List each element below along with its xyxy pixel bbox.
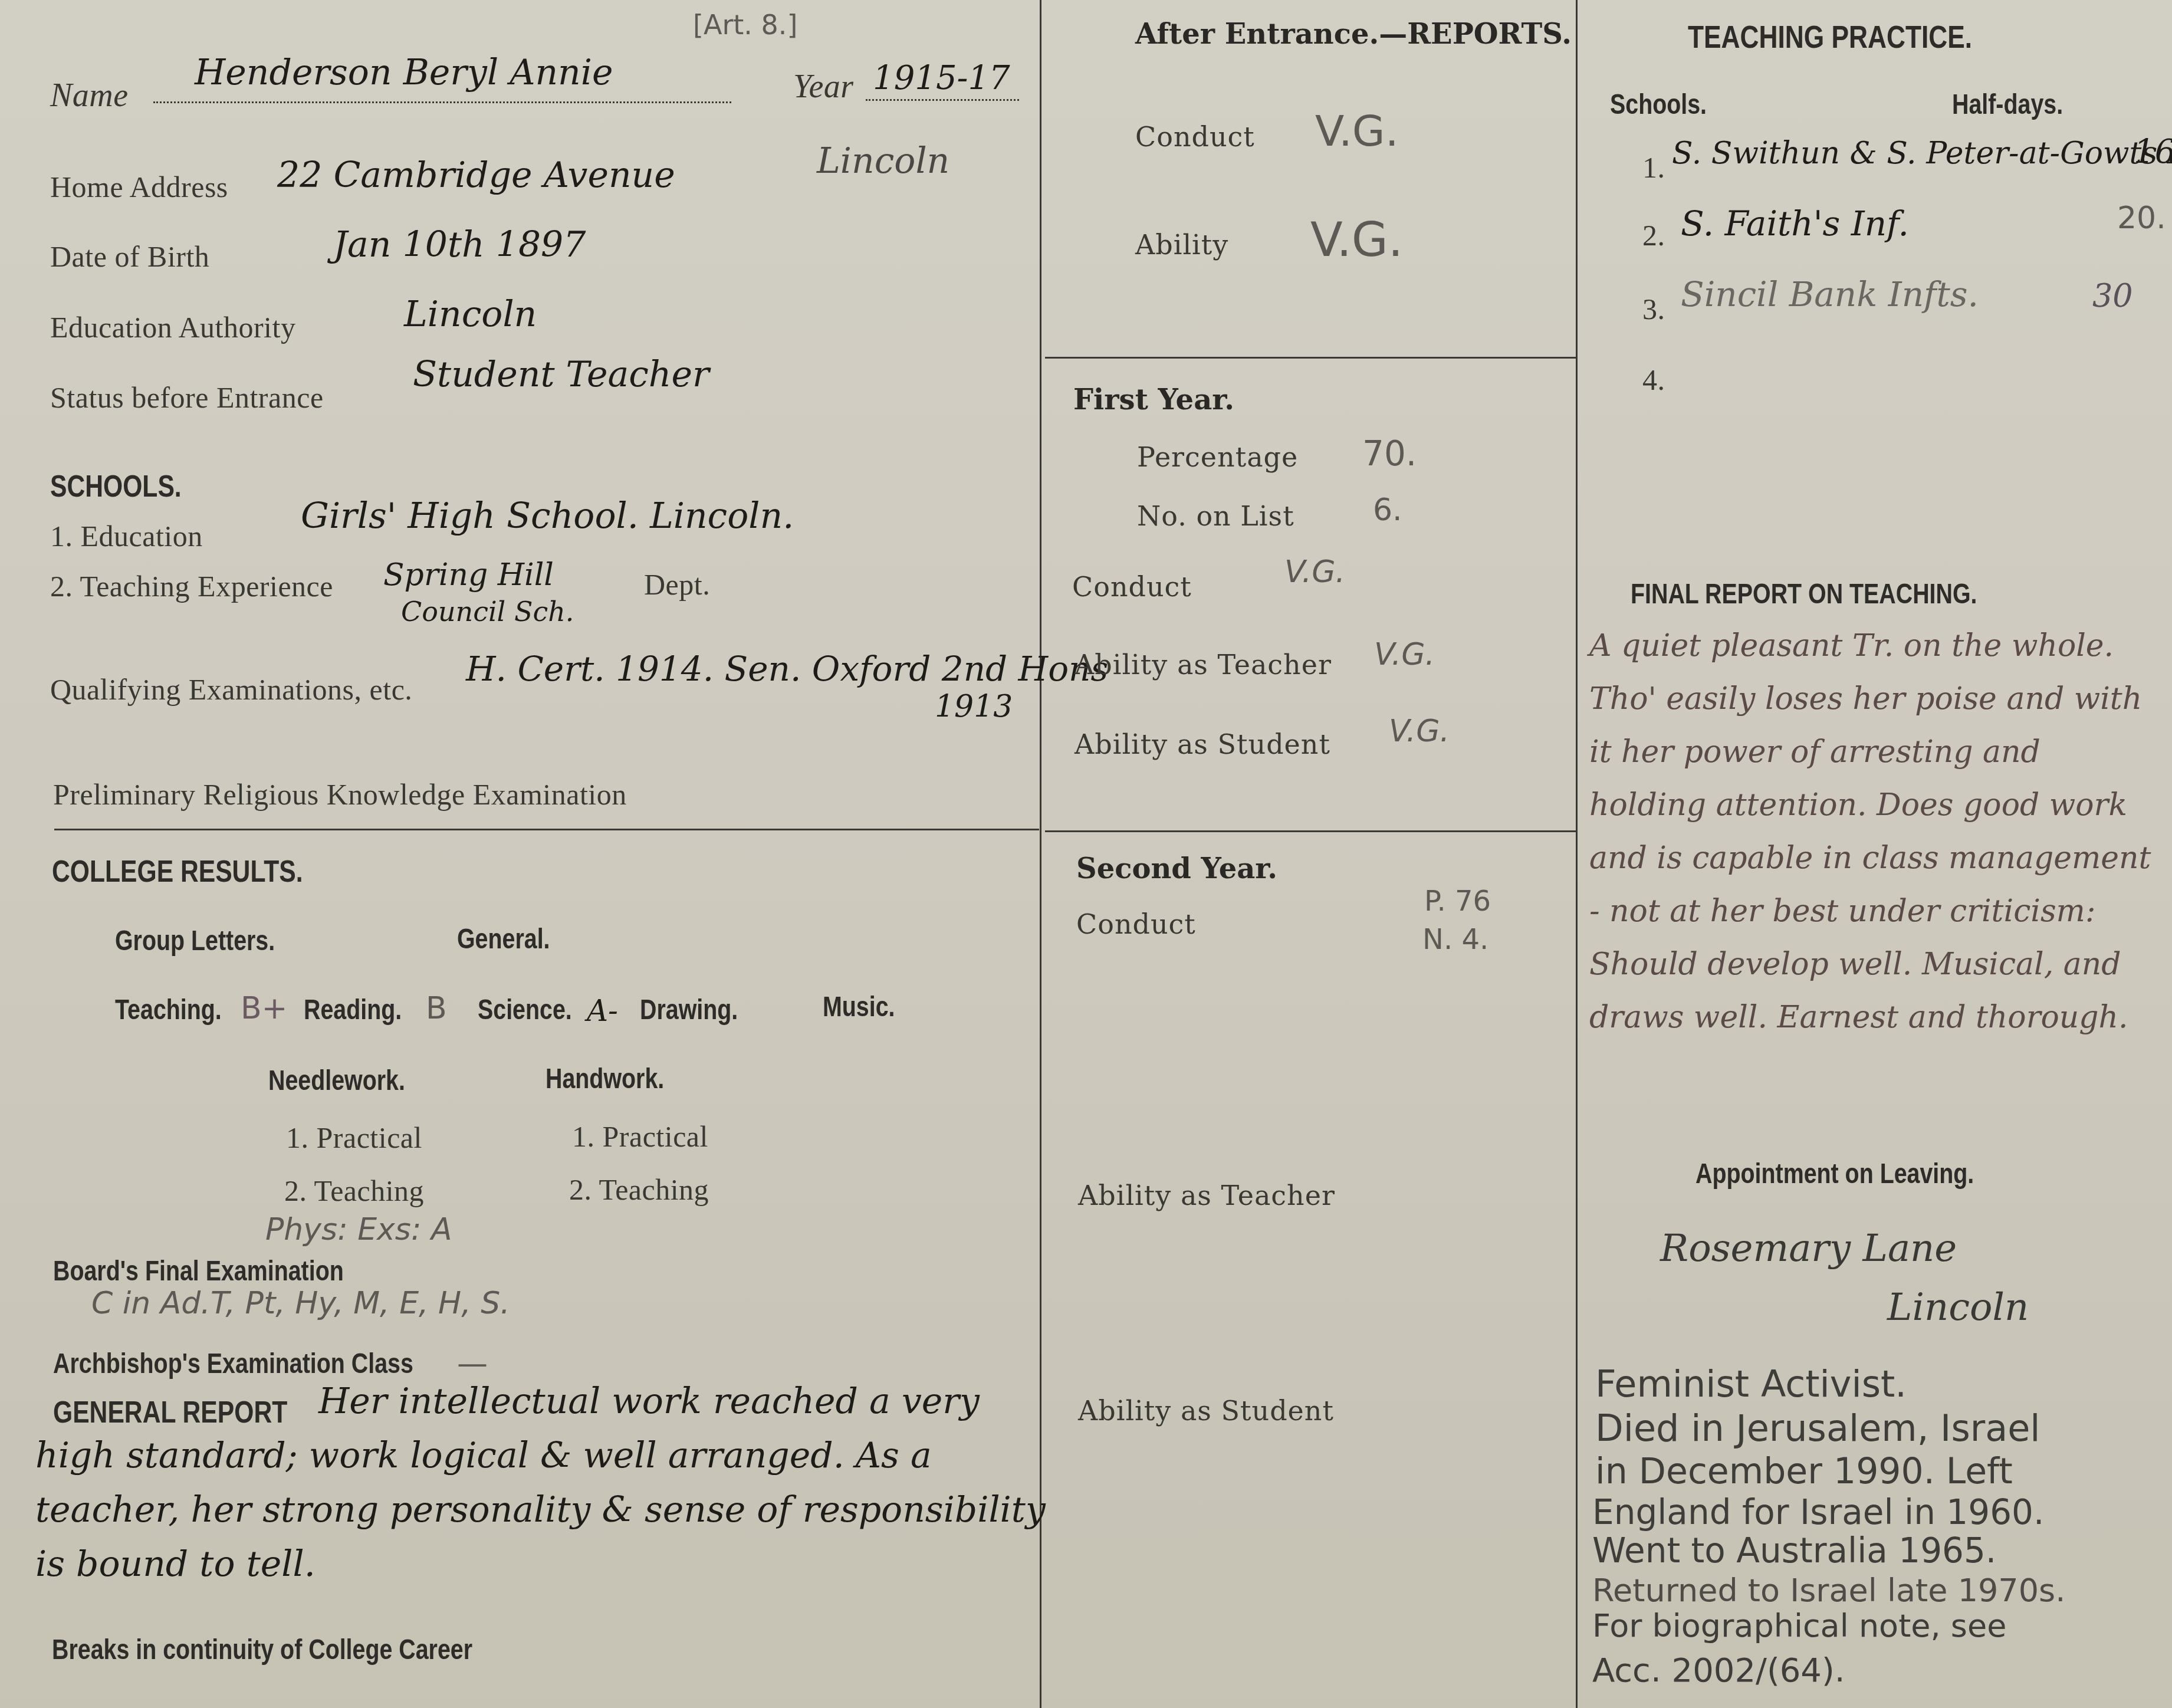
qualifying-value: H. Cert. 1914. Sen. Oxford 2nd Hons bbox=[466, 649, 1108, 689]
fy-conduct-label: Conduct bbox=[1072, 571, 1192, 603]
college-results-heading: COLLEGE RESULTS. bbox=[52, 854, 303, 889]
tp-row-3-days: 30 bbox=[2092, 277, 2133, 314]
schools-heading: SCHOOLS. bbox=[50, 469, 182, 504]
schools-column-label: Schools. bbox=[1610, 88, 1707, 121]
breaks-label: Breaks in continuity of College Career bbox=[52, 1634, 472, 1666]
teaching-grade-label: Teaching. bbox=[115, 994, 222, 1026]
percentage-value: 70. bbox=[1362, 433, 1417, 474]
tp-row-3-school: Sincil Bank Infts. bbox=[1681, 274, 1979, 314]
section-divider-reports-1 bbox=[1045, 357, 1576, 359]
percentage-label: Percentage bbox=[1137, 441, 1298, 473]
tp-row-4-num: 4. bbox=[1642, 363, 1665, 397]
drawing-label: Drawing. bbox=[640, 994, 738, 1026]
final-report-heading: FINAL REPORT ON TEACHING. bbox=[1631, 578, 1977, 610]
teaching-practice-heading: TEACHING PRACTICE. bbox=[1688, 19, 1972, 55]
sy-n-value: N. 4. bbox=[1422, 923, 1488, 956]
fy-student-label: Ability as Student bbox=[1075, 728, 1330, 760]
dob-label: Date of Birth bbox=[50, 239, 209, 274]
column-divider-2 bbox=[1576, 0, 1578, 1708]
qualifying-label: Qualifying Examinations, etc. bbox=[50, 672, 412, 707]
boards-final-value: C in Ad.T, Pt, Hy, M, E, H, S. bbox=[91, 1286, 510, 1321]
handwork-practical: 1. Practical bbox=[572, 1119, 708, 1154]
home-address-city: Lincoln bbox=[817, 140, 949, 182]
entrance-conduct-value: V.G. bbox=[1315, 106, 1399, 156]
teaching-experience-value-1: Spring Hill bbox=[383, 557, 554, 593]
tp-row-1-school: S. Swithun & S. Peter-at-Gowts Inf bbox=[1672, 136, 2172, 171]
qualifying-year: 1913 bbox=[935, 689, 1013, 724]
reading-grade: B bbox=[426, 991, 447, 1026]
archive-reference: [Art. 8.] bbox=[693, 9, 797, 41]
dept-label: Dept. bbox=[644, 567, 710, 602]
sy-p-value: P. 76 bbox=[1424, 885, 1491, 918]
later-note-line-2: Died in Jerusalem, Israel bbox=[1595, 1407, 2040, 1450]
home-address-value: 22 Cambridge Avenue bbox=[277, 155, 675, 196]
sy-teacher-label: Ability as Teacher bbox=[1078, 1180, 1335, 1211]
entrance-ability-value: V.G. bbox=[1310, 212, 1403, 267]
later-note-line-3: in December 1990. Left bbox=[1595, 1451, 2013, 1492]
tp-row-1-num: 1. bbox=[1642, 150, 1665, 185]
final-report-text: A quiet pleasant Tr. on the whole. Tho' … bbox=[1589, 619, 2161, 1044]
section-divider-reports-2 bbox=[1045, 830, 1576, 832]
education-label: 1. Education bbox=[50, 519, 203, 553]
general-label: General. bbox=[457, 923, 550, 955]
group-letters-label: Group Letters. bbox=[115, 925, 275, 957]
needlework-teaching: 2. Teaching bbox=[284, 1174, 424, 1208]
entrance-ability-label: Ability bbox=[1135, 229, 1228, 261]
no-on-list-label: No. on List bbox=[1137, 500, 1294, 532]
tp-row-3-num: 3. bbox=[1642, 292, 1665, 326]
education-authority-value: Lincoln bbox=[404, 294, 537, 335]
later-note-line-1: Feminist Activist. bbox=[1595, 1362, 1907, 1405]
music-label: Music. bbox=[823, 991, 895, 1023]
teaching-experience-label: 2. Teaching Experience bbox=[50, 569, 333, 603]
general-report-text: Her intellectual work reached a very hig… bbox=[35, 1374, 1050, 1591]
fy-student-value: V.G. bbox=[1389, 714, 1450, 749]
student-record-card: [Art. 8.] Name Henderson Beryl Annie Yea… bbox=[0, 0, 2172, 1708]
later-note-line-4: England for Israel in 1960. bbox=[1592, 1492, 2044, 1532]
science-grade: A- bbox=[587, 994, 618, 1028]
year-value: 1915-17 bbox=[873, 59, 1010, 97]
second-year-heading: Second Year. bbox=[1076, 852, 1277, 885]
tp-row-2-num: 2. bbox=[1642, 218, 1665, 252]
later-note-line-8: Acc. 2002/(64). bbox=[1592, 1651, 1845, 1690]
entrance-conduct-label: Conduct bbox=[1135, 121, 1255, 153]
later-note-line-7: For biographical note, see bbox=[1592, 1607, 2006, 1644]
reports-heading: After Entrance.—REPORTS. bbox=[1135, 18, 1572, 51]
later-note-line-6: Returned to Israel late 1970s. bbox=[1592, 1572, 2065, 1609]
teaching-experience-value-2: Council Sch. bbox=[401, 596, 574, 628]
first-year-heading: First Year. bbox=[1073, 383, 1234, 416]
year-label: Year bbox=[793, 68, 854, 106]
home-address-label: Home Address bbox=[50, 170, 228, 204]
fy-conduct-value: V.G. bbox=[1284, 554, 1345, 590]
tp-row-1-days: 16 bbox=[2134, 133, 2172, 171]
teaching-grade: B+ bbox=[241, 991, 287, 1026]
dob-value: Jan 10th 1897 bbox=[333, 224, 586, 265]
tp-row-2-school: S. Faith's Inf. bbox=[1681, 203, 1909, 244]
needlework-practical: 1. Practical bbox=[286, 1121, 422, 1155]
name-dotted-line bbox=[153, 101, 731, 103]
needlework-label: Needlework. bbox=[268, 1065, 405, 1097]
name-value: Henderson Beryl Annie bbox=[195, 52, 613, 93]
name-label: Name bbox=[50, 77, 129, 114]
reading-grade-label: Reading. bbox=[304, 994, 402, 1026]
status-value: Student Teacher bbox=[413, 354, 709, 395]
boards-final-label: Board's Final Examination bbox=[53, 1255, 344, 1287]
prelim-religious-label: Preliminary Religious Knowledge Examinat… bbox=[53, 777, 627, 812]
year-dotted-line bbox=[866, 99, 1019, 101]
sy-conduct-label: Conduct bbox=[1076, 908, 1196, 940]
fy-teacher-value: V.G. bbox=[1374, 637, 1435, 672]
tp-row-2-days: 20. bbox=[2117, 201, 2166, 236]
section-divider-left bbox=[54, 829, 1039, 830]
education-authority-label: Education Authority bbox=[50, 310, 295, 344]
status-label: Status before Entrance bbox=[50, 380, 324, 415]
no-on-list-value: 6. bbox=[1373, 492, 1402, 528]
sy-student-label: Ability as Student bbox=[1078, 1395, 1334, 1427]
phys-exs-grade: Phys: Exs: A bbox=[265, 1212, 452, 1247]
science-grade-label: Science. bbox=[478, 994, 572, 1026]
appointment-value-1: Rosemary Lane bbox=[1660, 1227, 1957, 1270]
appointment-value-2: Lincoln bbox=[1887, 1286, 2029, 1329]
later-note-line-5: Went to Australia 1965. bbox=[1592, 1530, 1996, 1571]
handwork-label: Handwork. bbox=[546, 1063, 664, 1095]
education-value: Girls' High School. Lincoln. bbox=[301, 495, 794, 537]
appointment-heading: Appointment on Leaving. bbox=[1695, 1158, 1974, 1190]
handwork-teaching: 2. Teaching bbox=[569, 1172, 709, 1207]
halfdays-column-label: Half-days. bbox=[1952, 88, 2063, 121]
fy-teacher-label: Ability as Teacher bbox=[1075, 649, 1332, 681]
